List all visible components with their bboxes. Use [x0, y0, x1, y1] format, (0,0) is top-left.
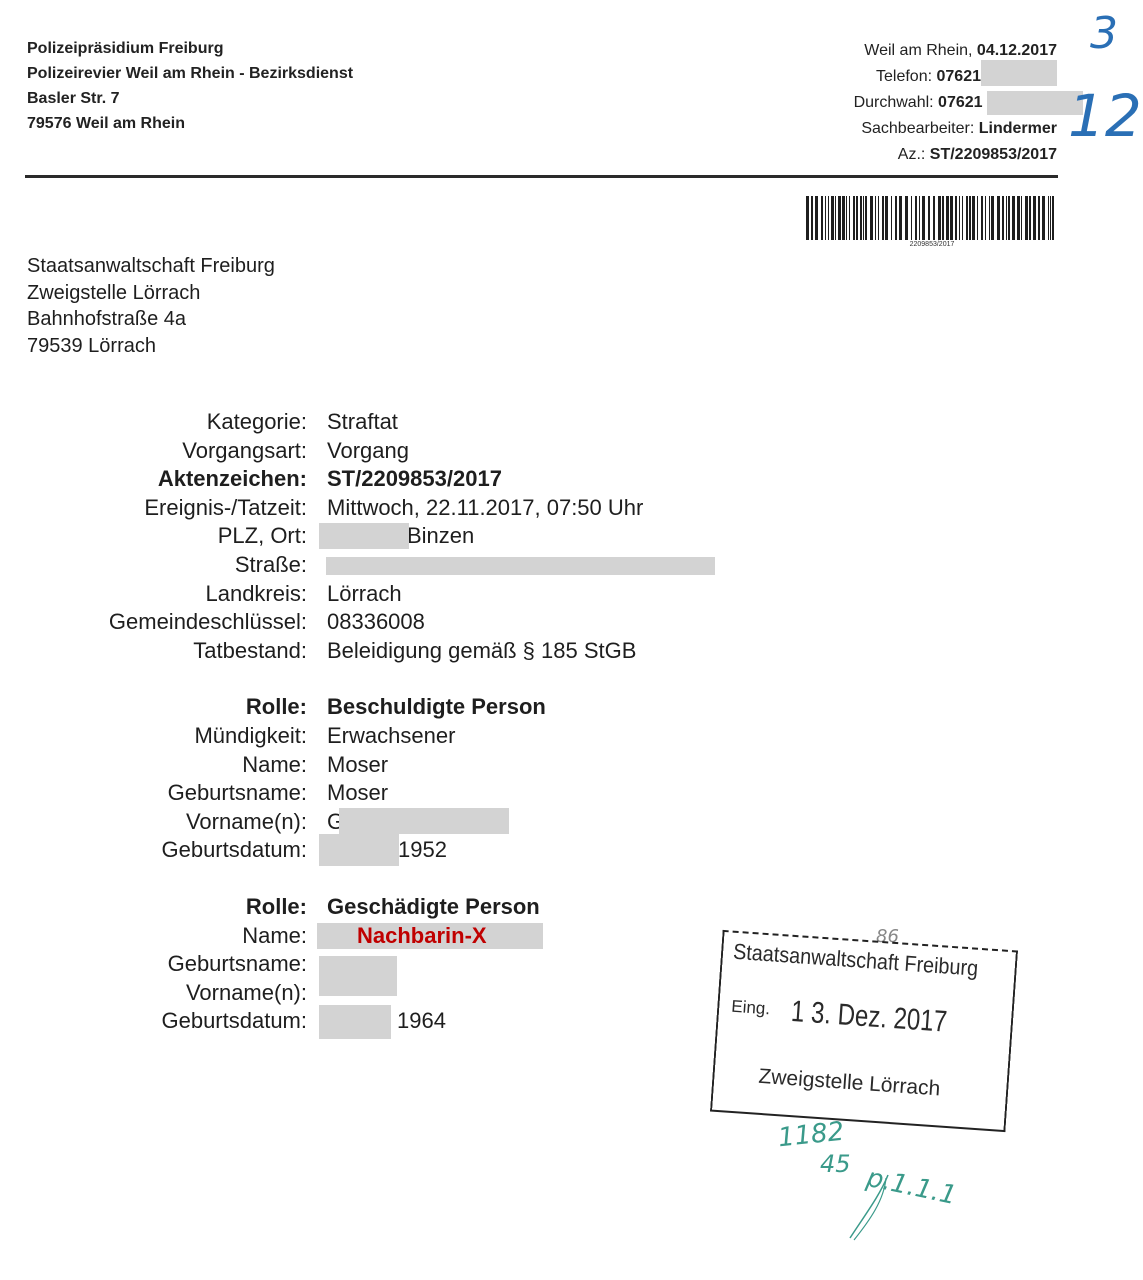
- role-value: Beschuldigte Person: [327, 693, 546, 722]
- officer-label: Sachbearbeiter:: [861, 120, 974, 137]
- redaction-plz: [319, 523, 409, 549]
- barcode-bar: [1052, 196, 1054, 240]
- barcode-bar: [959, 196, 960, 240]
- barcode-bar: [969, 196, 971, 240]
- accused-geburtsdatum: Geburtsdatum: 1952: [0, 836, 1143, 865]
- accused-name: Name: Moser: [0, 751, 1143, 780]
- handwritten-page-number: 3: [1090, 8, 1118, 59]
- barcode-bar: [806, 196, 809, 240]
- barcode-bar: [1042, 196, 1045, 240]
- accused-vorname: Vorname(n): G: [0, 808, 1143, 837]
- barcode-bar: [1038, 196, 1040, 240]
- barcode-bar: [938, 196, 941, 240]
- reference-label: Az.:: [898, 146, 926, 163]
- barcode-bar: [899, 196, 902, 240]
- field-landkreis: Landkreis: Lörrach: [0, 580, 1143, 609]
- field-value: Lörrach: [327, 580, 402, 609]
- field-strasse: Straße:: [0, 551, 1143, 580]
- extension-value: 07621: [938, 94, 983, 111]
- sender-line-unit: Polizeirevier Weil am Rhein - Bezirksdie…: [27, 61, 353, 86]
- field-label: Geburtsname:: [0, 779, 327, 808]
- barcode-bar: [870, 196, 873, 240]
- extension-row: Durchwahl: 07621: [854, 90, 1083, 116]
- barcode-bar: [985, 196, 986, 240]
- barcode-bar: [991, 196, 994, 240]
- handwritten-note-1: 1182: [777, 1117, 846, 1154]
- barcode-bar: [972, 196, 975, 240]
- field-label: Mündigkeit:: [0, 722, 327, 751]
- barcode-bar: [849, 196, 850, 240]
- barcode-bar: [905, 196, 908, 240]
- recipient-address: Staatsanwaltschaft Freiburg Zweigstelle …: [27, 253, 275, 359]
- letter-meta: Weil am Rhein, 04.12.2017 Telefon: 07621…: [854, 38, 1057, 168]
- barcode-bar: [915, 196, 917, 240]
- field-value: Vorgang: [327, 437, 409, 466]
- extension-label: Durchwahl:: [854, 94, 934, 111]
- role-label: Rolle:: [0, 893, 327, 922]
- field-value-wrap: Nachbarin-X: [327, 922, 487, 951]
- barcode-bar: [1048, 196, 1049, 240]
- accused-geburtsname: Geburtsname: Moser: [0, 779, 1143, 808]
- barcode-bar: [821, 196, 823, 240]
- barcode-bar: [942, 196, 944, 240]
- spacer: [0, 865, 1143, 893]
- field-label: Vorgangsart:: [0, 437, 327, 466]
- field-label: Ereignis-/Tatzeit:: [0, 494, 327, 523]
- field-label: Name:: [0, 751, 327, 780]
- barcode-bar: [989, 196, 990, 240]
- barcode-bar: [946, 196, 949, 240]
- redaction-geburtsdatum: [319, 834, 399, 866]
- barcode-bar: [1012, 196, 1015, 240]
- field-tatbestand: Tatbestand: Beleidigung gemäß § 185 StGB: [0, 637, 1143, 666]
- letter-date: 04.12.2017: [977, 42, 1057, 59]
- barcode-bar: [1050, 196, 1051, 240]
- stamp-branch: Zweigstelle Lörrach: [758, 1065, 941, 1102]
- recipient-line-street: Bahnhofstraße 4a: [27, 306, 275, 333]
- barcode-bar: [1006, 196, 1007, 240]
- sender-line-org: Polizeipräsidium Freiburg: [27, 36, 353, 61]
- barcode-bar: [1029, 196, 1031, 240]
- redaction-phone: [981, 60, 1057, 86]
- barcode-bar: [1008, 196, 1010, 240]
- recipient-line-city: 79539 Lörrach: [27, 333, 275, 360]
- redaction-vorname: [339, 808, 509, 834]
- barcode: [806, 196, 1058, 240]
- recipient-line-branch: Zweigstelle Lörrach: [27, 280, 275, 307]
- field-gemeindeschluessel: Gemeindeschlüssel: 08336008: [0, 608, 1143, 637]
- barcode-bar: [1025, 196, 1028, 240]
- field-value: ST/2209853/2017: [327, 465, 502, 494]
- field-value: Mittwoch, 22.11.2017, 07:50 Uhr: [327, 494, 643, 523]
- barcode-bar: [1002, 196, 1004, 240]
- barcode-bar: [863, 196, 864, 240]
- field-value-wrap: 1952: [327, 836, 447, 865]
- field-value: Straftat: [327, 408, 398, 437]
- field-value-wrap: Binzen: [327, 522, 474, 551]
- field-value: Beleidigung gemäß § 185 StGB: [327, 637, 636, 666]
- accused-role: Rolle: Beschuldigte Person: [0, 693, 1143, 722]
- field-label: Vorname(n):: [0, 808, 327, 837]
- role-value: Geschädigte Person: [327, 893, 540, 922]
- field-label: Name:: [0, 922, 327, 951]
- field-label: Gemeindeschlüssel:: [0, 608, 327, 637]
- barcode-bar: [878, 196, 879, 240]
- barcode-bar: [955, 196, 957, 240]
- case-details: Kategorie: Straftat Vorgangsart: Vorgang…: [0, 408, 1143, 1036]
- barcode-bar: [977, 196, 978, 240]
- stamp-received-label: Eing.: [731, 997, 771, 1020]
- barcode-bar: [811, 196, 813, 240]
- phone-label: Telefon:: [876, 68, 932, 85]
- barcode-bar: [1017, 196, 1020, 240]
- field-value-wrap: [327, 950, 333, 979]
- field-label: Geburtsdatum:: [0, 1007, 327, 1036]
- barcode-bar: [815, 196, 818, 240]
- barcode-bar: [875, 196, 876, 240]
- place: Weil am Rhein,: [864, 42, 972, 59]
- barcode-bar: [831, 196, 834, 240]
- field-label: Kategorie:: [0, 408, 327, 437]
- field-tatzeit: Ereignis-/Tatzeit: Mittwoch, 22.11.2017,…: [0, 494, 1143, 523]
- barcode-bar: [895, 196, 897, 240]
- field-value: Moser: [327, 779, 388, 808]
- field-value-wrap: G: [327, 808, 344, 837]
- spacer: [0, 665, 1143, 693]
- field-aktenzeichen: Aktenzeichen: ST/2209853/2017: [0, 465, 1143, 494]
- header-divider: [25, 175, 1058, 178]
- barcode-bar: [928, 196, 930, 240]
- field-value-wrap: [327, 979, 333, 1008]
- barcode-bar: [882, 196, 884, 240]
- barcode-bar: [885, 196, 888, 240]
- barcode-bar: [891, 196, 892, 240]
- reference-row: Az.: ST/2209853/2017: [854, 142, 1057, 168]
- phone-row: Telefon: 07621: [854, 64, 1057, 90]
- barcode-bar: [1021, 196, 1022, 240]
- field-kategorie: Kategorie: Straftat: [0, 408, 1143, 437]
- barcode-bar: [950, 196, 953, 240]
- barcode-bar: [997, 196, 1000, 240]
- sender-address: Polizeipräsidium Freiburg Polizeirevier …: [27, 36, 353, 136]
- field-label: Geburtsdatum:: [0, 836, 327, 865]
- signature-stroke: [840, 1170, 900, 1245]
- barcode-bar: [828, 196, 829, 240]
- field-label: Vorname(n):: [0, 979, 327, 1008]
- field-label: Aktenzeichen:: [0, 465, 327, 494]
- handwritten-mark: 12: [1068, 82, 1142, 150]
- field-label: PLZ, Ort:: [0, 522, 327, 551]
- barcode-bar: [846, 196, 847, 240]
- stamp-authority: Staatsanwaltschaft Freiburg: [732, 939, 979, 982]
- victim-role: Rolle: Geschädigte Person: [0, 893, 1143, 922]
- barcode-text: 2209853/2017: [806, 241, 1058, 248]
- barcode-bar: [835, 196, 836, 240]
- sender-line-city: 79576 Weil am Rhein: [27, 111, 353, 136]
- barcode-bar: [962, 196, 963, 240]
- barcode-bar: [911, 196, 912, 240]
- redaction-street: [326, 557, 715, 575]
- field-label: Tatbestand:: [0, 637, 327, 666]
- field-label: Geburtsname:: [0, 950, 327, 979]
- barcode-bar: [842, 196, 845, 240]
- barcode-bar: [853, 196, 855, 240]
- barcode-bar: [933, 196, 935, 240]
- field-label: Straße:: [0, 551, 327, 580]
- barcode-bar: [1033, 196, 1036, 240]
- phone-value: 07621: [937, 68, 982, 85]
- officer-name: Lindermer: [979, 120, 1057, 137]
- field-value-wrap: [327, 551, 333, 580]
- barcode-bar: [966, 196, 968, 240]
- barcode-bar: [856, 196, 858, 240]
- field-vorgangsart: Vorgangsart: Vorgang: [0, 437, 1143, 466]
- reference-value: ST/2209853/2017: [930, 146, 1057, 163]
- barcode-bar: [860, 196, 862, 240]
- accused-muendigkeit: Mündigkeit: Erwachsener: [0, 722, 1143, 751]
- redaction-geburtsdatum: [319, 1005, 391, 1039]
- victim-name: Name: Nachbarin-X: [0, 922, 1143, 951]
- receipt-stamp: Staatsanwaltschaft Freiburg Eing. 1 3. D…: [710, 930, 1018, 1132]
- field-label: Landkreis:: [0, 580, 327, 609]
- officer-row: Sachbearbeiter: Lindermer: [854, 116, 1057, 142]
- pseudonym-name: Nachbarin-X: [327, 923, 487, 948]
- barcode-bar: [922, 196, 925, 240]
- barcode-bar: [838, 196, 841, 240]
- recipient-line-org: Staatsanwaltschaft Freiburg: [27, 253, 275, 280]
- role-label: Rolle:: [0, 693, 327, 722]
- barcode-bar: [825, 196, 826, 240]
- barcode-bar: [919, 196, 920, 240]
- field-value: Erwachsener: [327, 722, 455, 751]
- field-plz-ort: PLZ, Ort: Binzen: [0, 522, 1143, 551]
- sender-line-street: Basler Str. 7: [27, 86, 353, 111]
- field-value: 08336008: [327, 608, 425, 637]
- barcode-bar: [981, 196, 983, 240]
- field-value-wrap: 1964: [327, 1007, 446, 1036]
- field-value: Moser: [327, 751, 388, 780]
- stamp-received-date: 1 3. Dez. 2017: [790, 995, 948, 1040]
- barcode-bar: [865, 196, 867, 240]
